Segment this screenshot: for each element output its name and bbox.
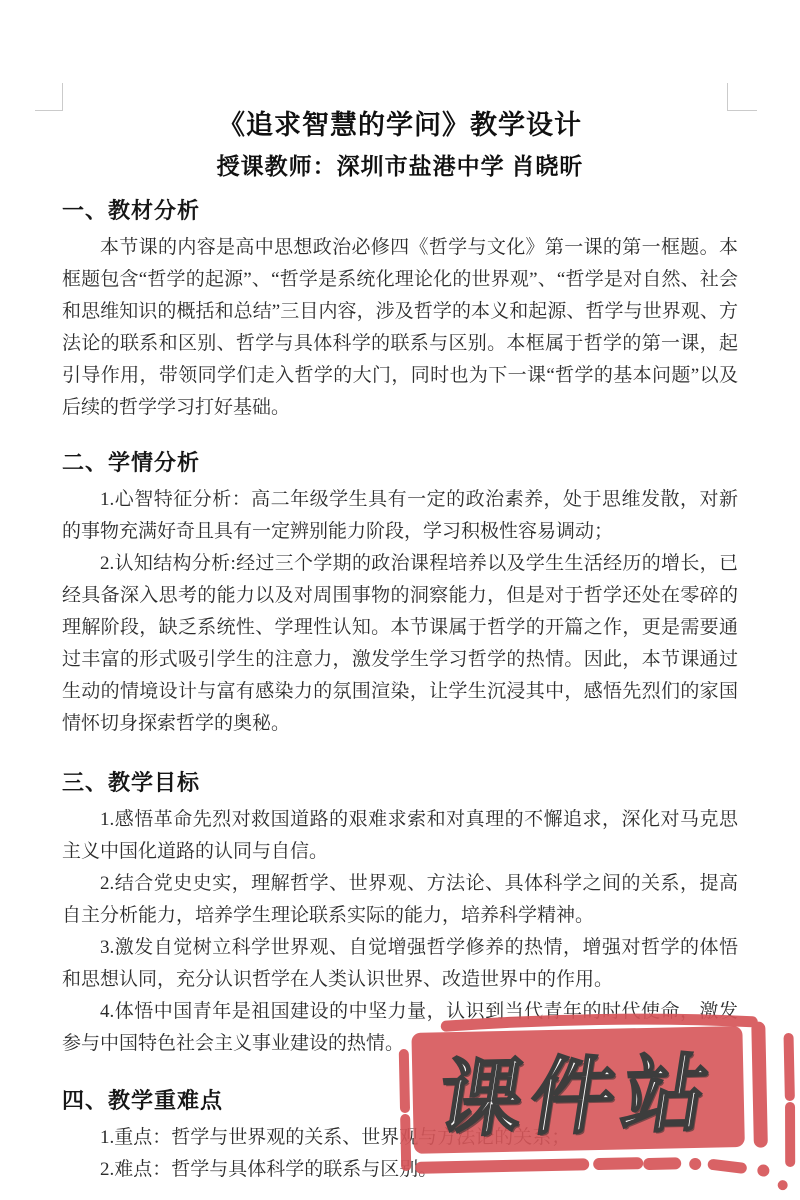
- margin-mark-top-left: [35, 83, 63, 111]
- document-page: 《追求智慧的学问》教学设计 授课教师：深圳市盐港中学 肖晓昕 一、教材分析 本节…: [0, 0, 800, 1200]
- paragraph: 2.难点：哲学与具体科学的联系与区别。: [62, 1154, 738, 1186]
- section-heading-teaching-goals: 三、教学目标: [62, 768, 738, 798]
- paragraph: 4.体悟中国青年是祖国建设的中坚力量，认识到当代青年的时代使命，激发参与中国特色…: [62, 996, 738, 1060]
- section-heading-learner-analysis: 二、学情分析: [62, 448, 738, 478]
- paragraph: 2.结合党史史实，理解哲学、世界观、方法论、具体科学之间的关系，提高自主分析能力…: [62, 868, 738, 932]
- paragraph: 1.感悟革命先烈对救国道路的艰难求索和对真理的不懈追求，深化对马克思主义中国化道…: [62, 804, 738, 868]
- document-content: 《追求智慧的学问》教学设计 授课教师：深圳市盐港中学 肖晓昕 一、教材分析 本节…: [62, 0, 738, 1186]
- paragraph: 3.激发自觉树立科学世界观、自觉增强哲学修养的热情，增强对哲学的体悟和思想认同，…: [62, 932, 738, 996]
- document-subtitle: 授课教师：深圳市盐港中学 肖晓昕: [62, 150, 738, 184]
- section-heading-material-analysis: 一、教材分析: [62, 196, 738, 226]
- paragraph: 1.心智特征分析：高二年级学生具有一定的政治素养，处于思维发散，对新的事物充满好…: [62, 484, 738, 548]
- paragraph: 本节课的内容是高中思想政治必修四《哲学与文化》第一课的第一框题。本框题包含“哲学…: [62, 232, 738, 424]
- section-heading-key-difficult-points: 四、教学重难点: [62, 1086, 738, 1116]
- paragraph: 2.认知结构分析:经过三个学期的政治课程培养以及学生生活经历的增长，已经具备深入…: [62, 548, 738, 740]
- paragraph: 1.重点：哲学与世界观的关系、世界观与方法论的关系；: [62, 1122, 738, 1154]
- document-title: 《追求智慧的学问》教学设计: [62, 106, 738, 144]
